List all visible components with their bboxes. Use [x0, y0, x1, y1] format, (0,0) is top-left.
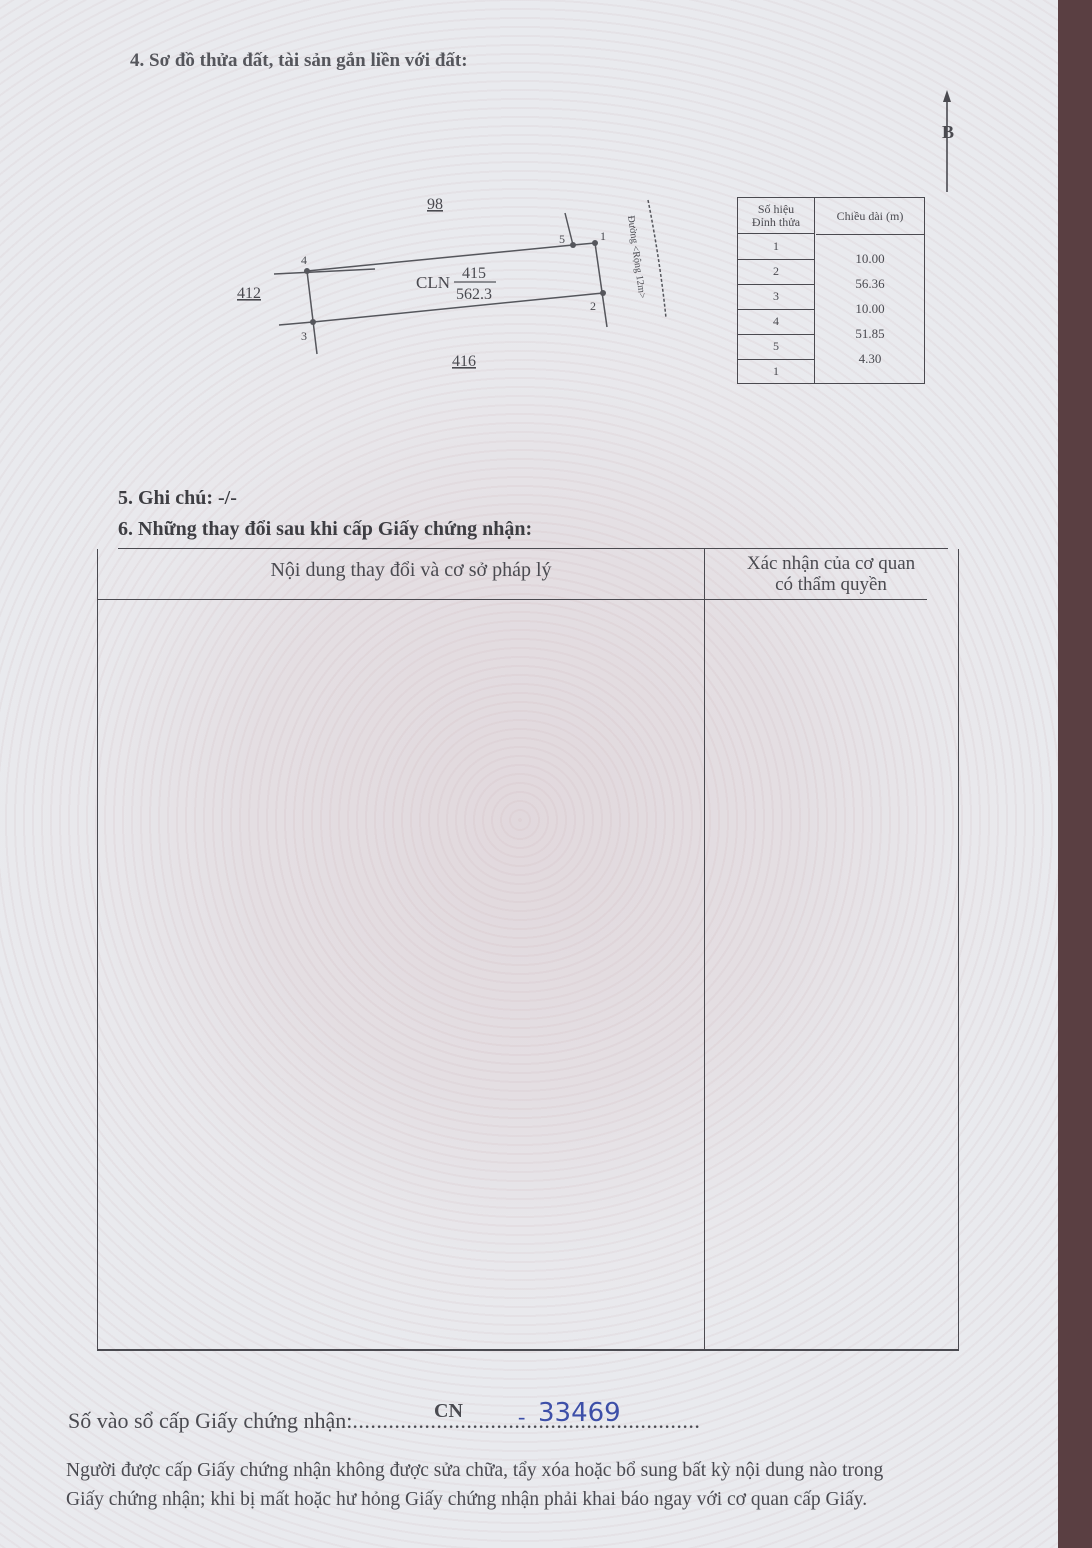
- vertex-label-4: 4: [301, 253, 307, 267]
- length-cell: 56.36: [816, 276, 924, 292]
- section-5-notes: 5. Ghi chú: -/-: [118, 487, 237, 510]
- authority-confirmation-header: Xác nhận của cơ quan có thẩm quyền: [706, 553, 956, 595]
- length-cell: 4.30: [816, 351, 924, 367]
- length-column-header: Chiều dài (m): [816, 198, 924, 235]
- vertex-cell: 1: [738, 360, 814, 385]
- land-type-code: CLN: [416, 273, 450, 292]
- registration-label: Số vào sổ cấp Giấy chứng nhận:: [68, 1408, 352, 1433]
- length-cell: 10.00: [816, 301, 924, 317]
- neighbor-top: 98: [427, 196, 443, 213]
- length-cell: 51.85: [816, 326, 924, 342]
- vertex-cell: 1: [738, 235, 814, 260]
- parcel-number: 415: [462, 265, 486, 282]
- vertex-label-1: 1: [600, 229, 606, 243]
- vertex-column-header: Số hiệu Đỉnh thửa: [738, 198, 814, 234]
- vertex-label-3: 3: [301, 329, 307, 343]
- changes-table: Nội dung thay đổi và cơ sở pháp lý Xác n…: [118, 548, 948, 1349]
- vertex-cell: 2: [738, 260, 814, 285]
- vertex-cell: 4: [738, 310, 814, 335]
- plot-diagram: 98 412 416 4 3 5 1 2 CLN 415 562.3 Đường…: [220, 180, 680, 380]
- changes-content-header: Nội dung thay đổi và cơ sở pháp lý: [118, 559, 704, 582]
- vertex-label-5: 5: [559, 232, 565, 246]
- neighbor-bottom: 416: [452, 353, 476, 370]
- vertex-label-2: 2: [590, 299, 596, 313]
- vertex-length-table: Số hiệu Đỉnh thửa Chiều dài (m) 1 2 3 4 …: [737, 197, 925, 384]
- length-cell: 10.00: [816, 251, 924, 267]
- vertex-cell: 3: [738, 285, 814, 310]
- legal-notice: Người được cấp Giấy chứng nhận không đượ…: [66, 1456, 1026, 1514]
- section-4-title: 4. Sơ đồ thửa đất, tài sản gắn liền với …: [130, 50, 468, 72]
- registration-prefix: CN: [434, 1400, 463, 1423]
- registration-number-line: Số vào sổ cấp Giấy chứng nhận:..........…: [68, 1408, 700, 1434]
- road-label: Đường <Rộng 12m>: [625, 215, 648, 300]
- registration-number-handwritten: 33469: [538, 1398, 621, 1428]
- section-6-title: 6. Những thay đổi sau khi cấp Giấy chứng…: [118, 518, 532, 541]
- north-label: B: [942, 122, 954, 142]
- vertex-cell: 5: [738, 335, 814, 360]
- certificate-page: 4. Sơ đồ thửa đất, tài sản gắn liền với …: [0, 0, 1058, 1548]
- parcel-area: 562.3: [456, 286, 492, 303]
- neighbor-left: 412: [237, 285, 261, 302]
- north-arrow-icon: B: [930, 88, 970, 198]
